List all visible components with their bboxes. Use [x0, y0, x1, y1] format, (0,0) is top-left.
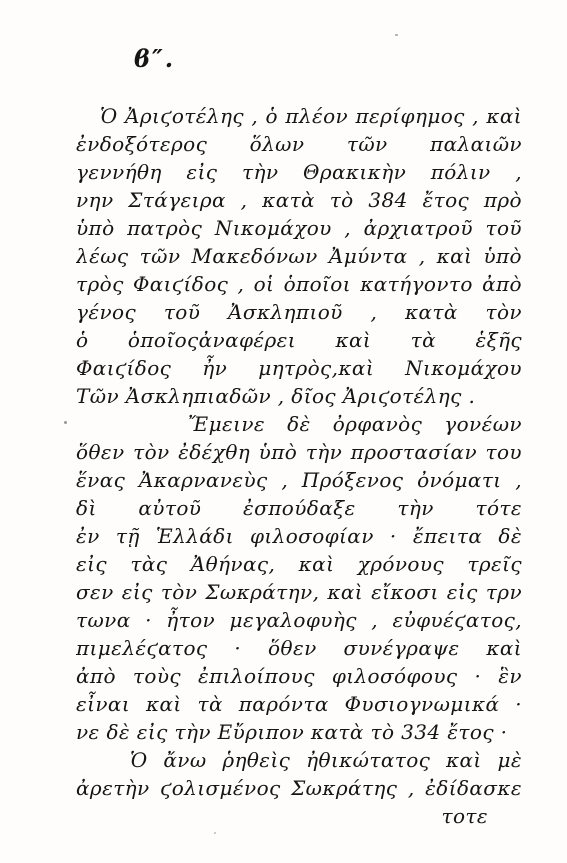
text-line: ἀπὸ τοὺς ἐπιλοίπους φιλοσόφους · ἓν τούτ… — [76, 662, 522, 690]
text-line: νε δὲ εἰς τὴν Εὔριπον κατὰ τὸ 334 ἔτος · — [76, 718, 522, 746]
text-line: δὶ αὐτοῦ ἐσπούδαξε τὴν τότε συνειθισμένη… — [76, 494, 522, 522]
text-block: Ὁ Ἀριϛοτέλης , ὁ πλέον περίφημος , καὶ ἐ… — [76, 102, 522, 830]
text-line: Ὁ ἄνω ῥηθεὶς ἠθικώτατος καὶ μὲ πᾶσαν — [76, 746, 522, 774]
text-line: εἰς τὰς Ἀθήνας, καὶ χρόνους τρεῖς ἐμαθήτ… — [76, 550, 522, 578]
text-line: σεν εἰς τὸν Σωκράτην, καὶ εἴκοσι εἰς τρν… — [76, 578, 522, 606]
text-line: λέως τῶν Μακεδόνων Ἀμύντα , καὶ ὑπὸ μη- — [76, 242, 522, 270]
text-line: ὁ ὁποῖοςἀναφέρει καὶ τὰ ἑξῆς ἐπιγράμματα… — [76, 326, 522, 354]
text-line: Ὁ Ἀριϛοτέλης , ὁ πλέον περίφημος , καὶ — [76, 102, 522, 130]
text-line: ἐνδοξότερος ὅλων τῶν παλαιῶν φιλοσόφων ,… — [76, 130, 522, 158]
text-line: Φαιϛίδος ἦν μητρὸς,καὶ Νικομάχου γεννετῆ… — [76, 354, 522, 382]
text-line: εἶναι καὶ τὰ παρόντα Φυσιογνωμικά · ἀπέθ… — [76, 690, 522, 718]
text-line: τρὸς Φαιϛίδος , οἱ ὁποῖοι κατήγοντο ἀπὸ … — [76, 270, 522, 298]
text-line: νην Στάγειρα , κατὰ τὸ 384 ἔτος πρὸ Χριϛ… — [76, 186, 522, 214]
text-line: τωνα · ἦτον μεγαλοφυὴς , εὐφυέϛατος, καὶ… — [76, 606, 522, 634]
text-line: γένος τοῦ Ἀσκληπιοῦ , κατὰ τὸν Ἀμμώνιον … — [76, 298, 522, 326]
text-line: ὅθεν τὸν ἐδέχθη ὑπὸ τὴν προστασίαν του — [76, 438, 522, 466]
text-line: Τῶν Ἀσκληπιαδῶν , δῖος Ἀριϛοτέλης . — [76, 382, 522, 410]
text-line: ἀρετὴν ϛολισμένος Σωκράτης , ἐδίδασκε πά… — [76, 774, 522, 802]
paper-speck — [395, 34, 398, 36]
paper-speck — [214, 832, 216, 834]
text-line: ὑπὸ πατρὸς Νικομάχου , ἀρχιατροῦ τοῦ ϐασ… — [76, 214, 522, 242]
text-line: ἐν τῇ Ἑλλάδι φιλοσοφίαν · ἔπειτα δὲ ὑπῆγ… — [76, 522, 522, 550]
catchword: τοτε — [76, 802, 522, 830]
text-line: Ἔμεινε δὲ ὀρφανὸς γονέων παιδιόθεν, — [76, 410, 522, 438]
scanned-book-page: ϐ″. Ὁ Ἀριϛοτέλης , ὁ πλέον περίφημος , κ… — [0, 0, 567, 863]
text-line: ἕνας Ἀκαρνανεὺς , Πρόξενος ὀνόματι , καὶ — [76, 466, 522, 494]
text-line: γεννήθη εἰς τὴν Θρακικὴν πόλιν , ὀνομαζο… — [76, 158, 522, 186]
paper-speck — [64, 421, 67, 424]
section-number: ϐ″. — [134, 44, 175, 73]
text-line: πιμελέϛατος · ὅθεν συνέγραψε καὶ περισσό… — [76, 634, 522, 662]
